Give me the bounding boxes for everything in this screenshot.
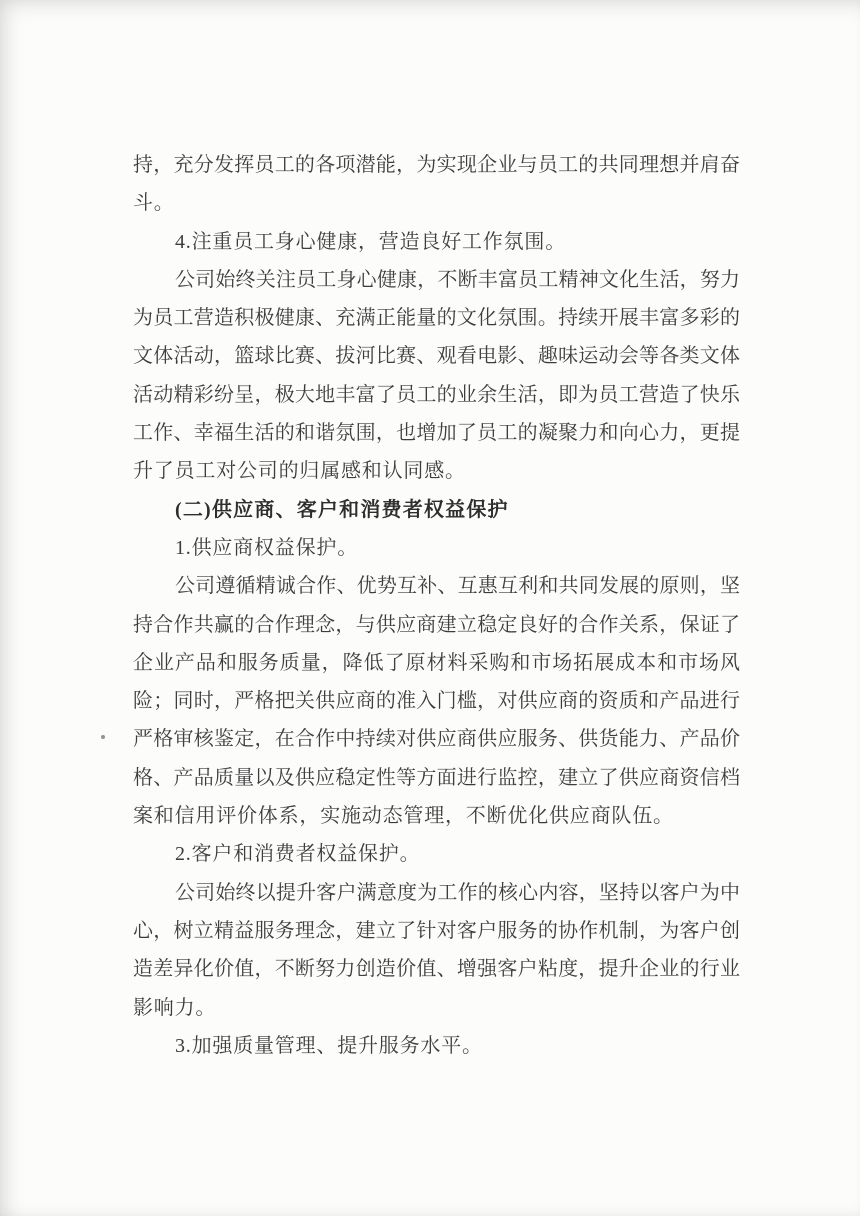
body-line: 为员工营造积极健康、充满正能量的文化氛围。持续开展丰富多彩的 [133, 299, 740, 337]
body-line: 持，充分发挥员工的各项潜能，为实现企业与员工的共同理想并肩奋 [133, 146, 740, 184]
body-line: 文体活动，篮球比赛、拔河比赛、观看电影、趣味运动会等各类文体 [133, 337, 740, 375]
body-line: 影响力。 [133, 989, 740, 1027]
body-line: 造差异化价值，不断努力创造价值、增强客户粘度，提升企业的行业 [133, 950, 740, 988]
scanned-document-page: 持，充分发挥员工的各项潜能，为实现企业与员工的共同理想并肩奋 斗。 4.注重员工… [0, 0, 860, 1216]
body-line: 心，树立精益服务理念，建立了针对客户服务的协作机制，为客户创 [133, 912, 740, 950]
body-line: 升了员工对公司的归属感和认同感。 [133, 452, 740, 490]
numbered-item-2: 2.客户和消费者权益保护。 [133, 835, 740, 873]
body-line: 格、产品质量以及供应稳定性等方面进行监控，建立了供应商资信档 [133, 759, 740, 797]
body-line: 斗。 [133, 184, 740, 222]
body-line: 工作、幸福生活的和谐氛围，也增加了员工的凝聚力和向心力，更提 [133, 414, 740, 452]
body-line: 公司始终关注员工身心健康，不断丰富员工精神文化生活，努力 [133, 261, 740, 299]
body-line: 持合作共赢的合作理念，与供应商建立稳定良好的合作关系，保证了 [133, 606, 740, 644]
body-line: 严格审核鉴定，在合作中持续对供应商供应服务、供货能力、产品价 [133, 720, 740, 758]
body-line: 案和信用评价体系，实施动态管理，不断优化供应商队伍。 [133, 797, 740, 835]
numbered-item-4: 4.注重员工身心健康，营造良好工作氛围。 [133, 223, 740, 261]
ink-speck-artifact [101, 735, 105, 739]
document-text-block: 持，充分发挥员工的各项潜能，为实现企业与员工的共同理想并肩奋 斗。 4.注重员工… [133, 146, 740, 1065]
body-line: 活动精彩纷呈，极大地丰富了员工的业余生活，即为员工营造了快乐 [133, 376, 740, 414]
numbered-item-3: 3.加强质量管理、提升服务水平。 [133, 1027, 740, 1065]
section-heading: (二)供应商、客户和消费者权益保护 [133, 491, 740, 529]
body-line: 险；同时，严格把关供应商的准入门槛，对供应商的资质和产品进行 [133, 682, 740, 720]
numbered-item-1: 1.供应商权益保护。 [133, 529, 740, 567]
body-line: 公司始终以提升客户满意度为工作的核心内容，坚持以客户为中 [133, 874, 740, 912]
body-line: 公司遵循精诚合作、优势互补、互惠互利和共同发展的原则，坚 [133, 567, 740, 605]
body-line: 企业产品和服务质量，降低了原材料采购和市场拓展成本和市场风 [133, 644, 740, 682]
